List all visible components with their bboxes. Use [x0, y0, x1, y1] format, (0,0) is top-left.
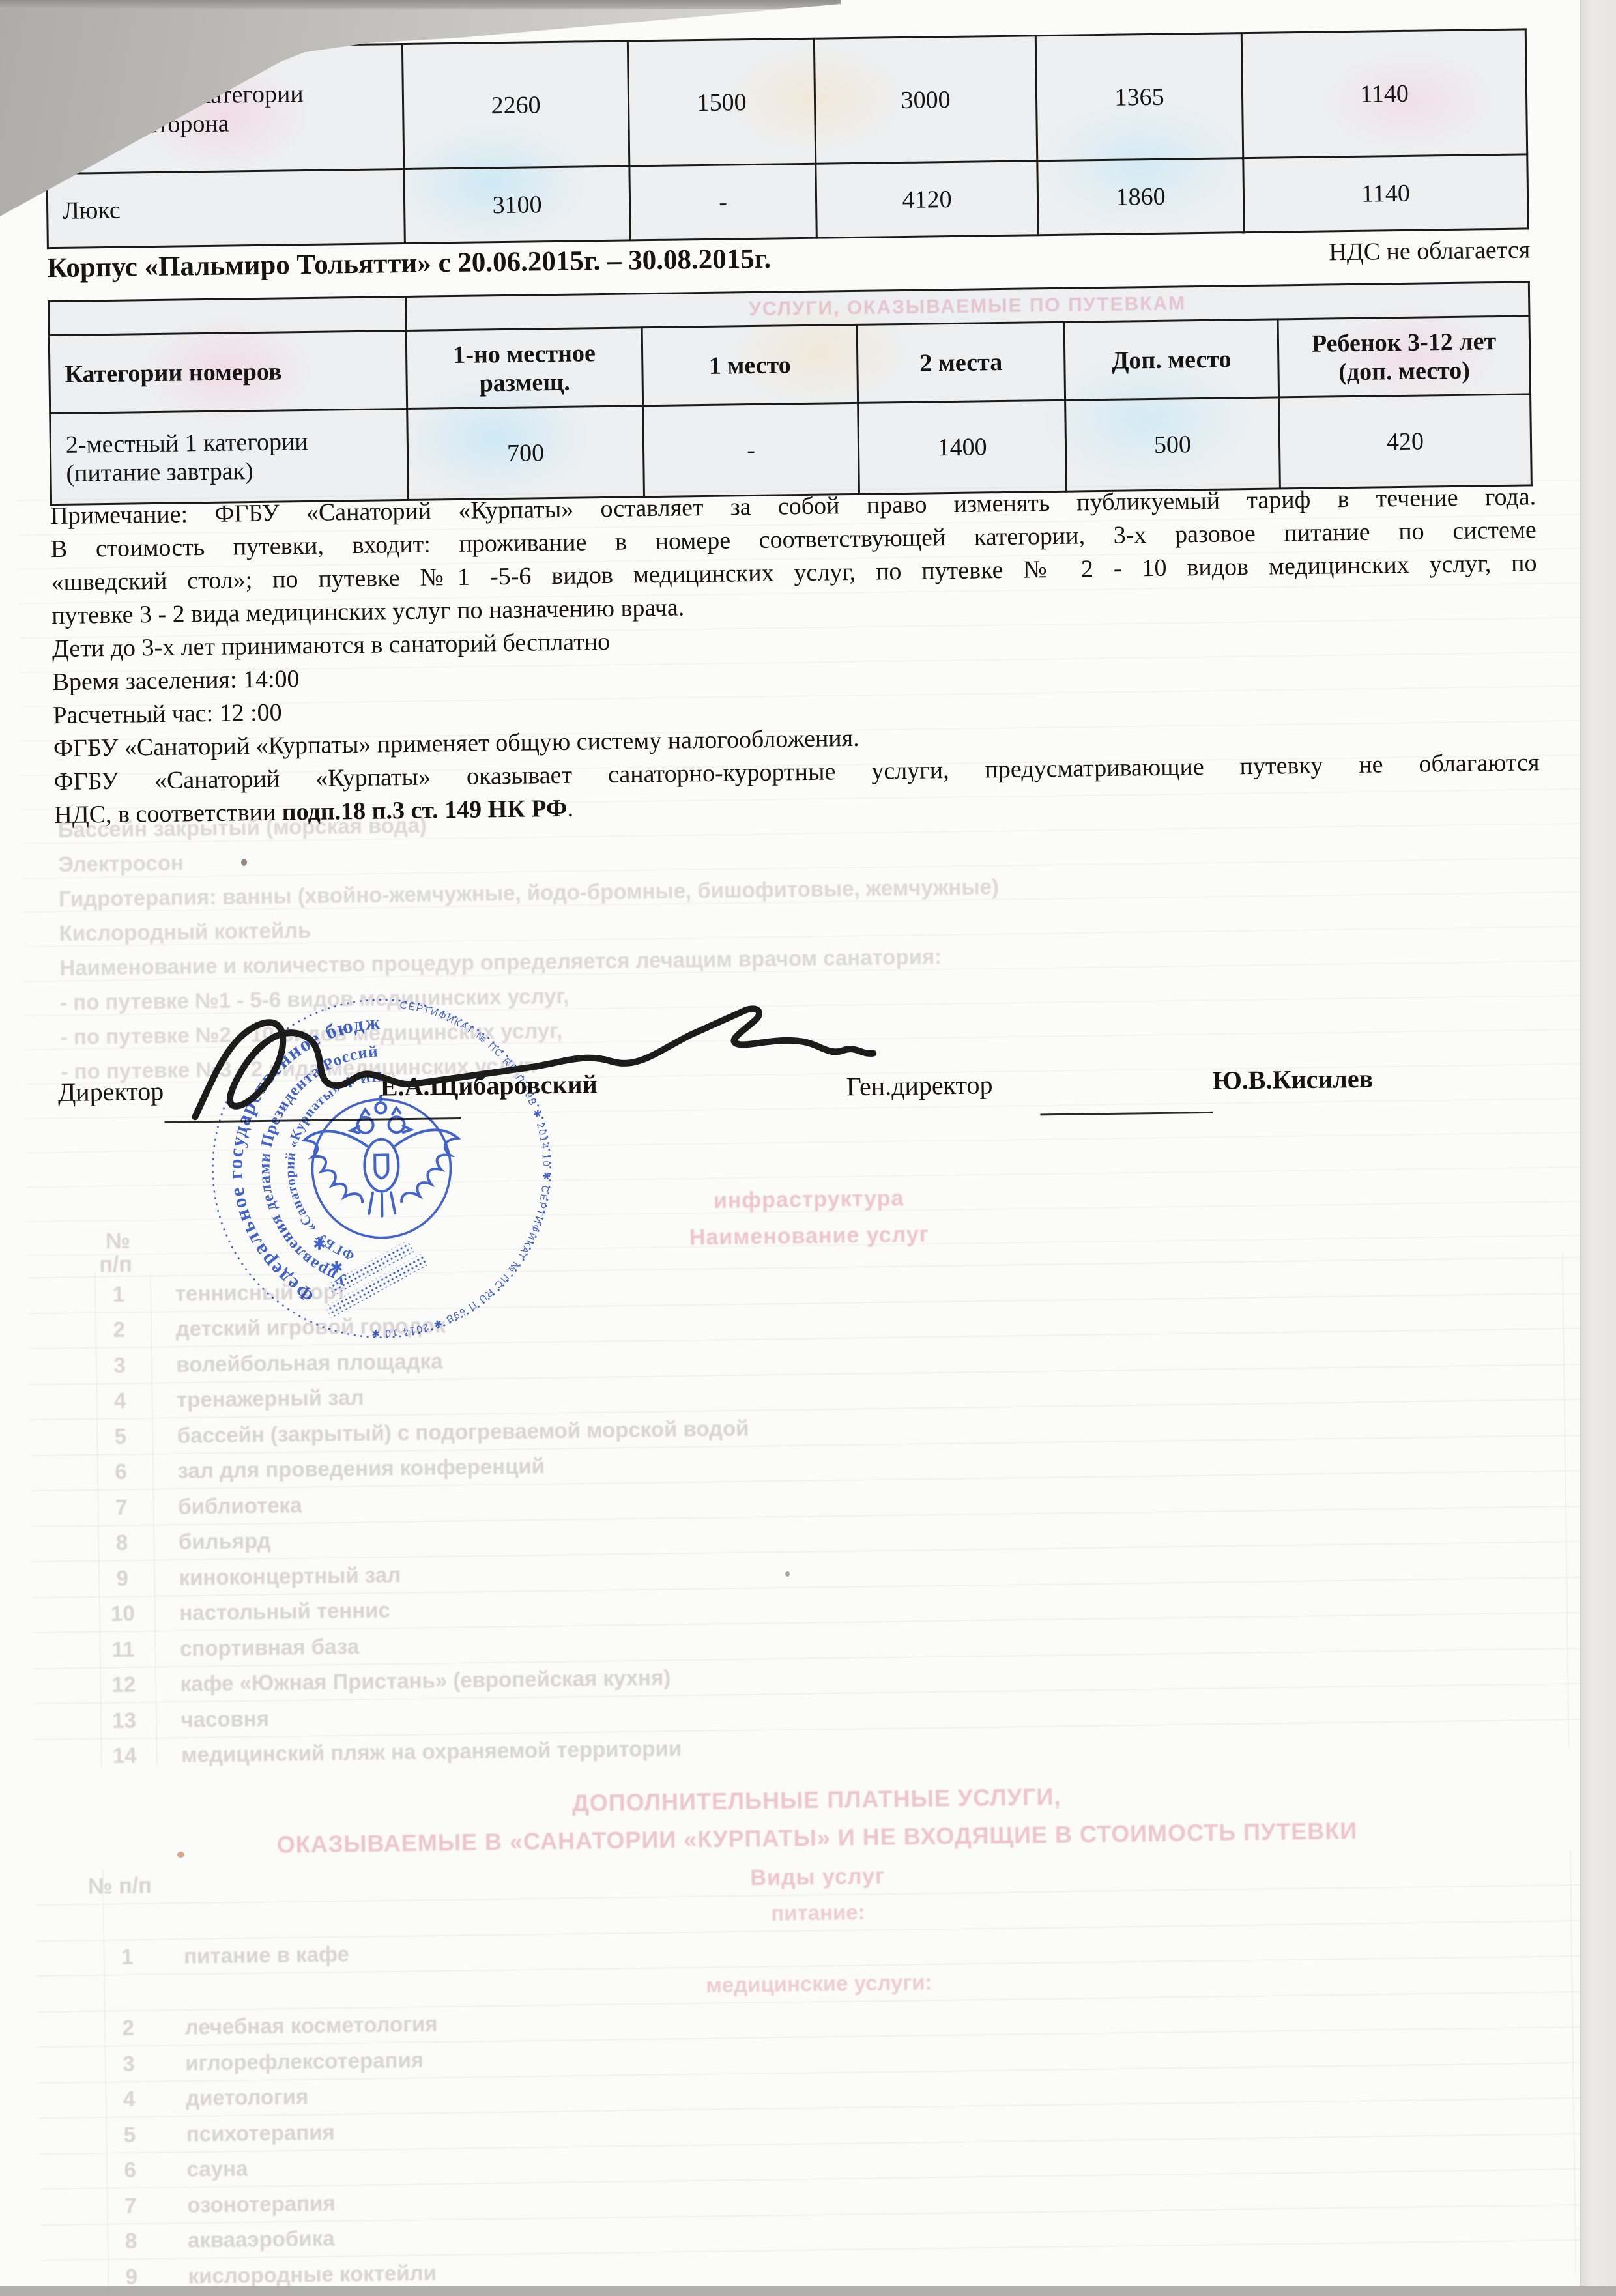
ghost-row-text: киноконцертный зал	[179, 1562, 401, 1590]
scan-speck	[177, 1852, 184, 1858]
ghost-row-number: 4	[94, 1388, 145, 1414]
gen-director-name: Ю.В.Кисилев	[1212, 1063, 1373, 1096]
ghost-row-number: 7	[96, 1495, 147, 1520]
double-headed-eagle-emblem	[304, 1095, 459, 1217]
scanned-page: Бассейн закрытый (морская вода)Электросо…	[0, 0, 1616, 2286]
ghost-rule-line	[20, 686, 1584, 707]
ghost-row-text: бильярд	[179, 1528, 271, 1555]
ghost-row-number: 14	[99, 1744, 150, 1769]
ghost-row-text: настольный теннис	[179, 1598, 390, 1626]
ghost-row-text: психотерапия	[186, 2119, 335, 2146]
ghost-row-text: сауна	[186, 2157, 248, 2182]
ghost-rule-line	[18, 549, 1582, 569]
ghost-row-number: 11	[98, 1637, 149, 1662]
stamp-cert-ring-text: СЕРТИФИКАТ № ПС RU П 69В ✱ 2014 10 ✱ СЕР…	[366, 997, 554, 1339]
page-content: Бассейн закрытый (морская вода)Электросо…	[0, 0, 1616, 2286]
director-label: Директор	[58, 1076, 164, 1108]
ghost-row-number: 1	[93, 1282, 144, 1307]
ghost-row-text: зал для проведения конференций	[177, 1454, 545, 1484]
ghost-row-text: спортивная база	[180, 1634, 360, 1661]
ghost-row-text: иглорефлексотерапия	[185, 2048, 424, 2076]
ghost-row-text: часовня	[180, 1706, 269, 1732]
ghost-paid-block: питание: 1 питание в кафе медицинские ус…	[36, 1884, 1605, 2286]
ghost-row-number: 8	[96, 1530, 147, 1556]
ghost-row-number: 4	[104, 2087, 154, 2112]
ghost-row-number: 6	[95, 1459, 146, 1485]
page-right-edge	[1580, 0, 1616, 2286]
ghost-row-number: 2	[102, 2016, 153, 2041]
ghost-row-text: библиотека	[178, 1493, 302, 1519]
ghost-row-text: озонотерапия	[187, 2190, 336, 2217]
ghost-rule-line	[22, 754, 1585, 775]
scan-speck	[785, 1571, 790, 1577]
stamp-asterisk: ✱	[313, 1237, 326, 1254]
gen-director-label: Ген.директор	[846, 1069, 993, 1102]
ghost-row-number: 12	[98, 1672, 149, 1698]
ghost-rule-line	[18, 480, 1581, 500]
ghost-row-number: 5	[104, 2122, 155, 2147]
ghost-row-number: 3	[103, 2051, 154, 2076]
ghost-row-number: 5	[95, 1424, 146, 1449]
ghost-row-text: аквааэробика	[188, 2226, 335, 2253]
scanner-lid-edge	[0, 0, 841, 9]
ghost-row-number: 6	[104, 2157, 155, 2183]
stamp-asterisk: ✱	[330, 1259, 343, 1276]
ghost-row-number: 3	[94, 1353, 145, 1378]
ghost-row-number: 9	[96, 1566, 147, 1591]
ghost-row-text: бассейн (закрытый) с подогреваемой морск…	[177, 1416, 749, 1448]
ghost-row-text: тренажерный зал	[177, 1385, 364, 1413]
ghost-row-text: лечебная косметология	[184, 2012, 437, 2040]
ghost-row-number: 9	[106, 2264, 156, 2286]
ghost-row-text: диетология	[186, 2084, 309, 2110]
ghost-rule-line	[19, 582, 1583, 603]
ghost-row-text: питание в кафе	[184, 1942, 349, 1969]
ghost-row-number: 8	[106, 2228, 156, 2254]
ghost-rule-line	[21, 720, 1585, 741]
ghost-row-number: 2	[93, 1317, 144, 1343]
ghost-row-number: 10	[97, 1601, 148, 1627]
ghost-row-number: 1	[102, 1945, 152, 1970]
official-stamp: СЕРТИФИКАТ № ПС RU П 69В ✱ 2014 10 ✱ СЕР…	[194, 981, 570, 1356]
ghost-row-number: 7	[105, 2193, 156, 2218]
ghost-rule-line	[20, 652, 1583, 672]
ghost-rule-line	[20, 617, 1583, 638]
ghost-row-text: кислородные коктейли	[188, 2260, 437, 2286]
ghost-row-text: медицинский пляж на охраняемой территори…	[181, 1736, 682, 1768]
ghost-paid-rows-2: 2 лечебная косметология 3 иглорефлексоте…	[37, 1991, 1605, 2286]
scan-speck	[241, 859, 247, 866]
ghost-row-number: 13	[98, 1708, 149, 1733]
ghost-rule-line	[18, 514, 1582, 535]
ghost-row-text: кафе «Южная Пристань» (европейская кухня…	[180, 1665, 671, 1697]
